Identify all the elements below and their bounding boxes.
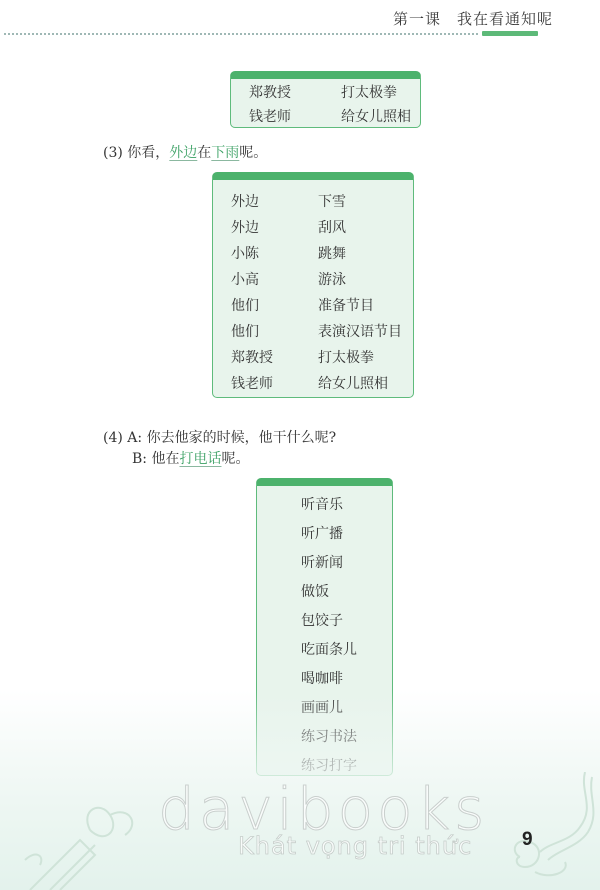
activity-text: 表演汉语节目 <box>318 321 402 341</box>
activity-text: 准备节目 <box>318 295 374 315</box>
sentence-suffix: 呢。 <box>239 145 267 161</box>
lesson-header-title: 第一课 我在看通知呢 <box>393 8 553 29</box>
sentence-prefix: 你看， <box>127 145 169 161</box>
speaker-label: B: <box>132 451 147 467</box>
activity-text: 听音乐 <box>301 494 343 514</box>
activity-text: 听广播 <box>301 523 343 543</box>
substitution-box-3: 外边 下雪 外边 刮风 小陈 跳舞 小高 游泳 他们 准备节目 他们 表演汉语节… <box>212 172 414 398</box>
subject-text: 小高 <box>231 269 259 289</box>
activity-text: 刮风 <box>318 217 346 237</box>
subject-text: 钱老师 <box>249 106 291 126</box>
subject-text: 钱老师 <box>231 373 273 393</box>
textbook-page: 第一课 我在看通知呢 郑教授 打太极拳 钱老师 给女儿照相 (3) 你看，外边在… <box>0 0 600 890</box>
subject-text: 郑教授 <box>231 347 273 367</box>
activity-text: 下雪 <box>318 191 346 211</box>
subject-text: 郑教授 <box>249 82 291 102</box>
cloud-ornament-right-icon <box>510 772 600 882</box>
substitution-box-top: 郑教授 打太极拳 钱老师 给女儿照相 <box>230 71 421 128</box>
subject-text: 他们 <box>231 321 259 341</box>
exercise-3-sentence: (3) 你看，外边在下雨呢。 <box>103 142 267 162</box>
exercise-4-line-b: B: 他在打电话呢。 <box>132 448 249 468</box>
activity-text: 给女儿照相 <box>318 373 388 393</box>
activity-text: 听新闻 <box>301 552 343 572</box>
watermark-tagline: Khát vọng tri thức <box>238 832 472 860</box>
subject-text: 他们 <box>231 295 259 315</box>
activity-text: 吃面条儿 <box>301 639 357 659</box>
exercise-4-line-a: (4) A: 你去他家的时候，他干什么呢? <box>103 427 336 447</box>
subject-text: 外边 <box>231 217 259 237</box>
subject-text: 外边 <box>231 191 259 211</box>
activity-text: 游泳 <box>318 269 346 289</box>
activity-text: 跳舞 <box>318 243 346 263</box>
activity-text: 打太极拳 <box>318 347 374 367</box>
highlight-activity: 下雨 <box>211 145 239 161</box>
header-dotted-rule <box>4 33 478 35</box>
activity-text: 喝咖啡 <box>301 668 343 688</box>
cloud-ornament-left-icon <box>20 800 180 890</box>
sentence-middle: 在 <box>197 145 211 161</box>
page-number: 9 <box>522 829 533 851</box>
header-accent-bar <box>482 31 538 36</box>
sentence-prefix: 他在 <box>151 451 179 467</box>
activity-text: 打太极拳 <box>341 82 397 102</box>
sentence-suffix: 呢。 <box>221 451 249 467</box>
highlight-subject: 外边 <box>169 145 197 161</box>
subject-text: 小陈 <box>231 243 259 263</box>
line-a-text: 你去他家的时候，他干什么呢? <box>147 430 337 446</box>
activity-text: 给女儿照相 <box>341 106 411 126</box>
activity-text: 包饺子 <box>301 610 343 630</box>
speaker-label: A: <box>127 430 142 446</box>
exercise-number: (3) <box>103 145 123 161</box>
activity-text: 做饭 <box>301 581 329 601</box>
highlight-activity: 打电话 <box>179 451 221 467</box>
exercise-number: (4) <box>103 430 123 446</box>
